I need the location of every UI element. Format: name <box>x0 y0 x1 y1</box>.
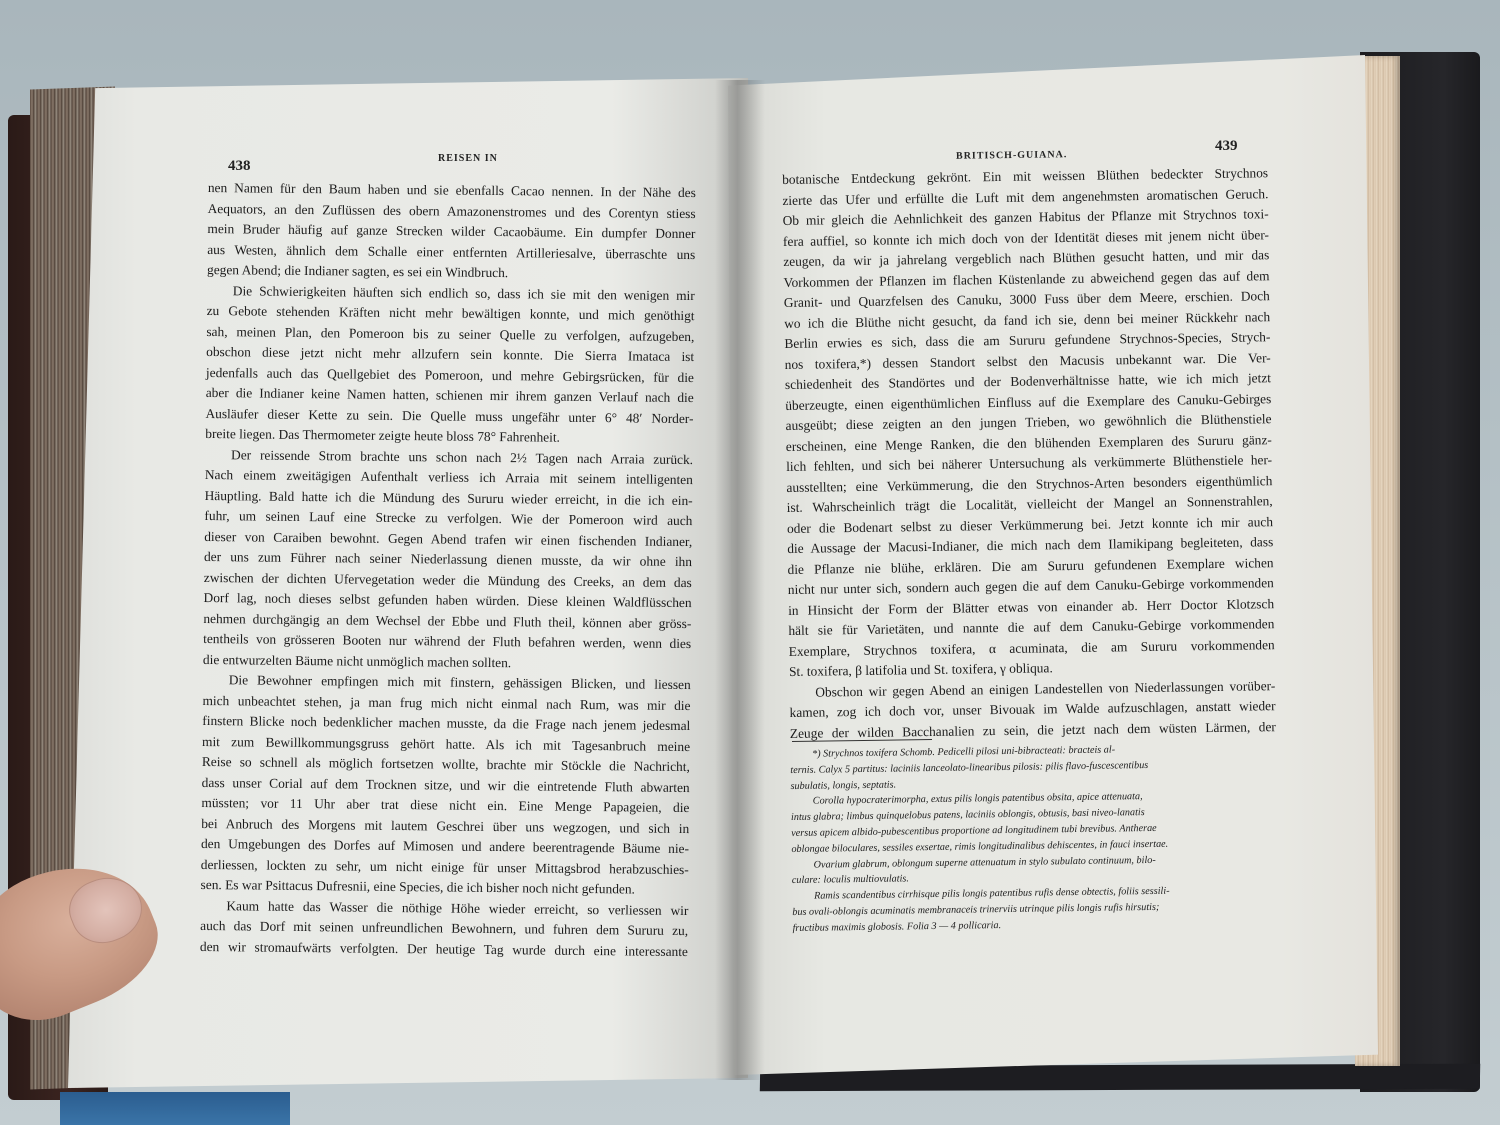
blue-object-under-book <box>60 1092 290 1125</box>
right-page-number: 439 <box>1215 138 1238 155</box>
book-photo-scene: 438 REISEN IN BRITISCH-GUIANA. 439 nen N… <box>0 0 1500 1125</box>
book-gutter-shadow <box>715 80 765 1080</box>
right-page-body: botanische Entdeckung gekrönt. Ein mit w… <box>782 163 1276 744</box>
left-page-body: nen Namen für den Baum haben und sie ebe… <box>200 178 696 962</box>
footnote: *) Strychnos toxifera Schomb. Pedicelli … <box>790 740 1283 936</box>
left-running-head: REISEN IN <box>438 153 498 164</box>
left-page-number: 438 <box>228 158 251 175</box>
right-running-head: BRITISCH-GUIANA. <box>956 149 1067 162</box>
